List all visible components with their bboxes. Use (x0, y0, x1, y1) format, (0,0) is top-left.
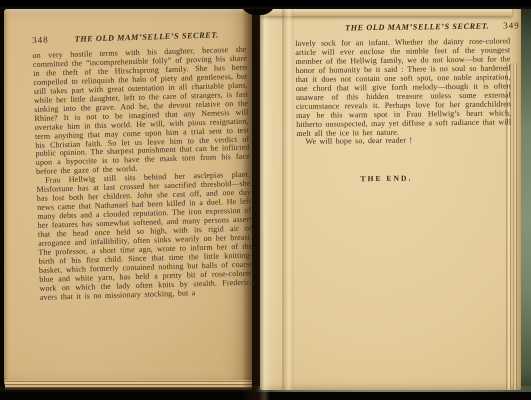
paragraph: lovely sock for an infant. Whether the d… (295, 37, 511, 138)
right-page-text: THE OLD MAM’SELLE’S SECRET. 349 lovely s… (295, 20, 512, 184)
right-page-header: THE OLD MAM’SELLE’S SECRET. 349 (295, 20, 510, 33)
background-shadow-top (0, 0, 531, 9)
paragraph: We will hope so, dear reader ! (296, 136, 511, 148)
left-page-body: on very hostile terms with his daughter,… (33, 46, 254, 303)
open-book-photo: 348 THE OLD MAM’SELLE’S SECRET. on very … (0, 0, 531, 400)
left-running-title: THE OLD MAM’SELLE’S SECRET. (75, 30, 219, 43)
right-running-title: THE OLD MAM’SELLE’S SECRET. (345, 22, 489, 33)
left-page-text: 348 THE OLD MAM’SELLE’S SECRET. on very … (32, 29, 254, 303)
paragraph: Frau Hellwig still sits behind her ascle… (36, 171, 254, 303)
right-page-crease (282, 3, 294, 390)
right-page-number: 349 (503, 20, 520, 30)
left-page-number: 348 (32, 35, 49, 45)
left-page-edge-stack (5, 380, 252, 390)
paragraph: on very hostile terms with his daughter,… (33, 46, 251, 178)
right-page-body: lovely sock for an infant. Whether the d… (295, 37, 511, 147)
